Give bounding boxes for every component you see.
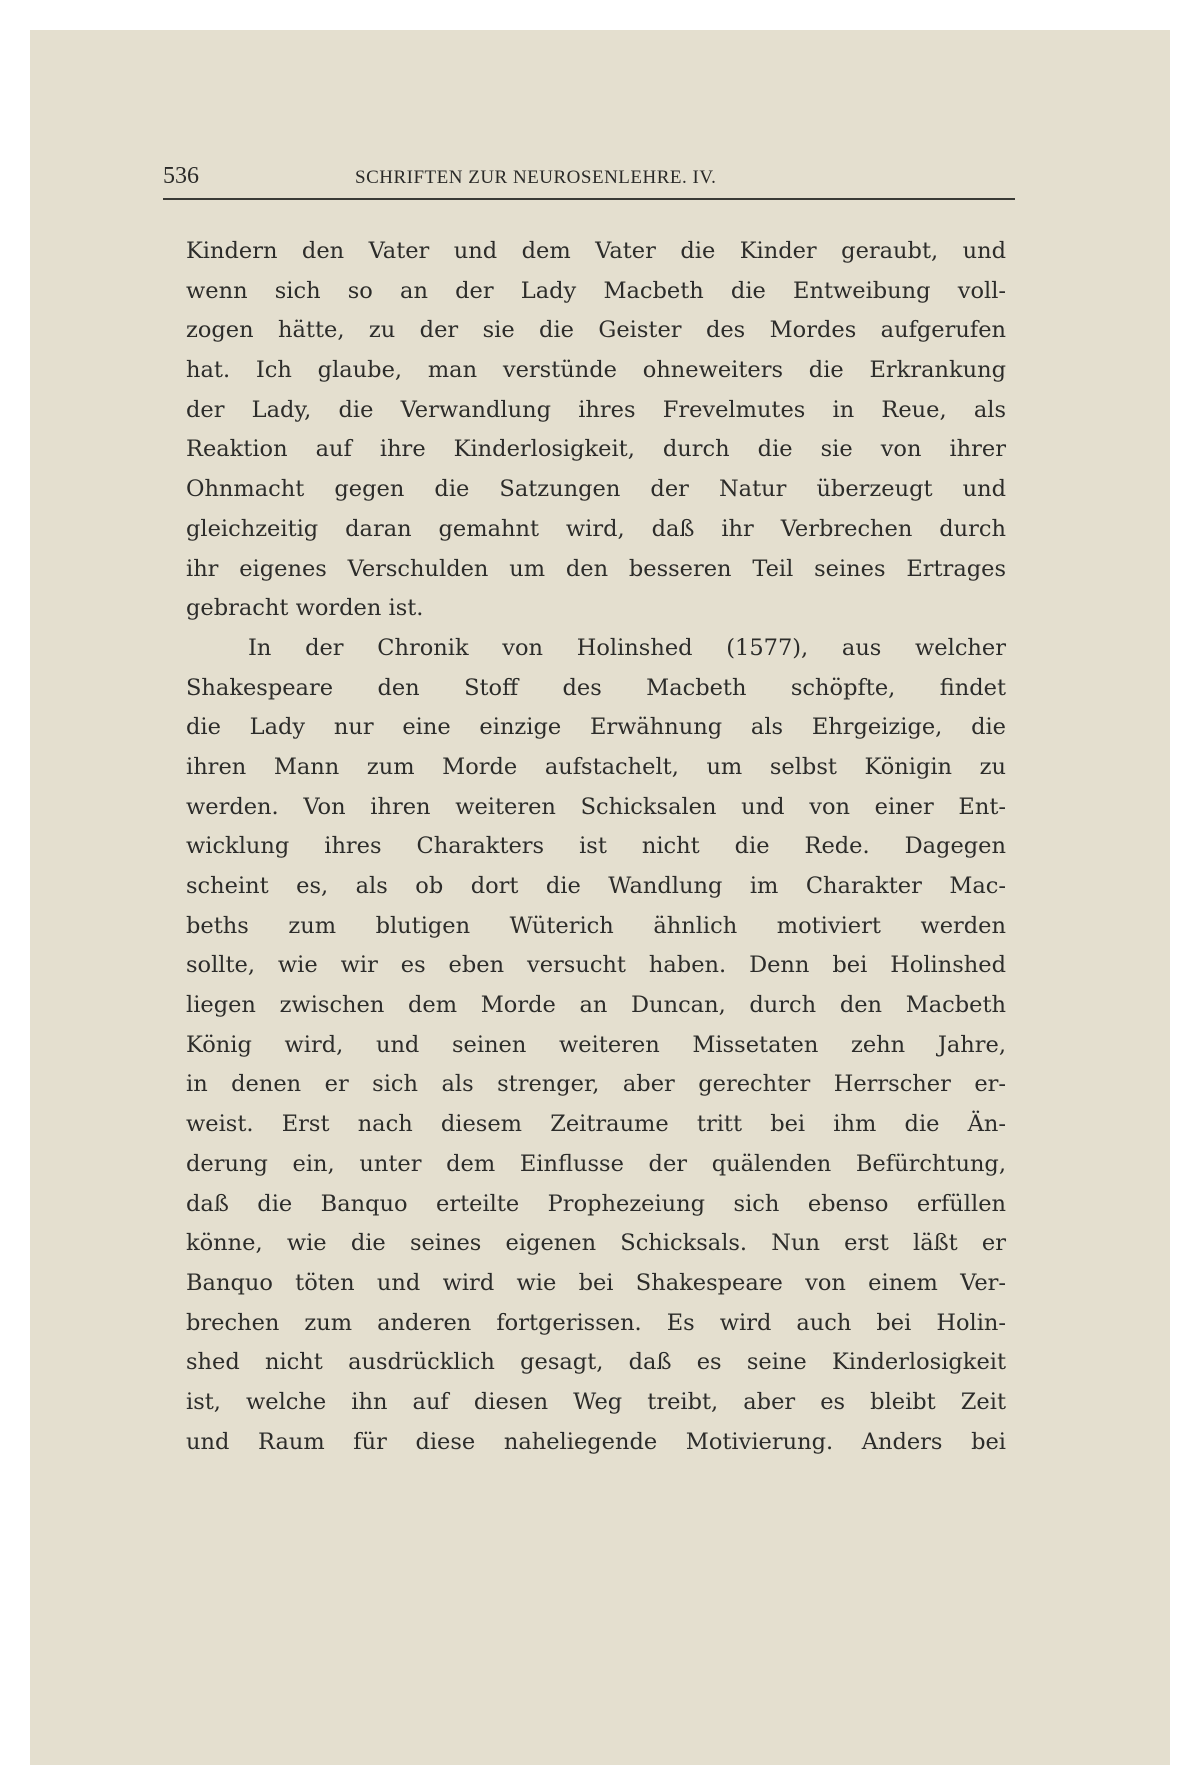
text-line: hat. Ich glaube, man verstünde ohneweite… [186,351,1006,391]
text-line: derung ein, unter dem Einflusse der quäl… [186,1145,1006,1185]
body-text: Kindern den Vater und dem Vater die Kind… [186,232,1006,1462]
text-line: die Lady nur eine einzige Erwähnung als … [186,708,1006,748]
text-line: der Lady, die Verwandlung ihres Frevelmu… [186,391,1006,431]
text-line: ihr eigenes Verschulden um den besseren … [186,550,1006,590]
text-line: shed nicht ausdrücklich gesagt, daß es s… [186,1343,1006,1383]
text-line: ihren Mann zum Morde aufstachelt, um sel… [186,748,1006,788]
running-title: SCHRIFTEN ZUR NEUROSENLEHRE. IV. [355,167,716,189]
text-line: in denen er sich als strenger, aber gere… [186,1065,1006,1105]
text-line: ist, welche ihn auf diesen Weg treibt, a… [186,1383,1006,1423]
text-line: Reaktion auf ihre Kinderlosigkeit, durch… [186,430,1006,470]
text-line: daß die Banquo erteilte Prophezeiung sic… [186,1185,1006,1225]
paragraph-start-line: In der Chronik von Holinshed (1577), aus… [186,629,1006,669]
text-line: und Raum für diese naheliegende Motivier… [186,1423,1006,1463]
text-line: werden. Von ihren weiteren Schicksalen u… [186,788,1006,828]
text-line: zogen hätte, zu der sie die Geister des … [186,311,1006,351]
header-rule [163,198,1015,200]
text-line: Shakespeare den Stoff des Macbeth schöpf… [186,669,1006,709]
page-header: 536 SCHRIFTEN ZUR NEUROSENLEHRE. IV. [163,163,1017,203]
page-number: 536 [163,163,199,190]
text-line: brechen zum anderen fortgerissen. Es wir… [186,1304,1006,1344]
text-line: sollte, wie wir es eben versucht haben. … [186,946,1006,986]
text-line: könne, wie die seines eigenen Schicksals… [186,1224,1006,1264]
text-line: scheint es, als ob dort die Wandlung im … [186,867,1006,907]
text-line: gebracht worden ist. [186,589,1006,629]
text-line: wicklung ihres Charakters ist nicht die … [186,827,1006,867]
text-line: König wird, und seinen weiteren Missetat… [186,1026,1006,1066]
text-line: wenn sich so an der Lady Macbeth die Ent… [186,272,1006,312]
text-line: gleichzeitig daran gemahnt wird, daß ihr… [186,510,1006,550]
text-line: liegen zwischen dem Morde an Duncan, dur… [186,986,1006,1026]
text-line: Banquo töten und wird wie bei Shakespear… [186,1264,1006,1304]
text-line: beths zum blutigen Wüterich ähnlich moti… [186,907,1006,947]
text-line: weist. Erst nach diesem Zeitraume tritt … [186,1105,1006,1145]
text-line: Kindern den Vater und dem Vater die Kind… [186,232,1006,272]
text-line: Ohnmacht gegen die Satzungen der Natur ü… [186,470,1006,510]
